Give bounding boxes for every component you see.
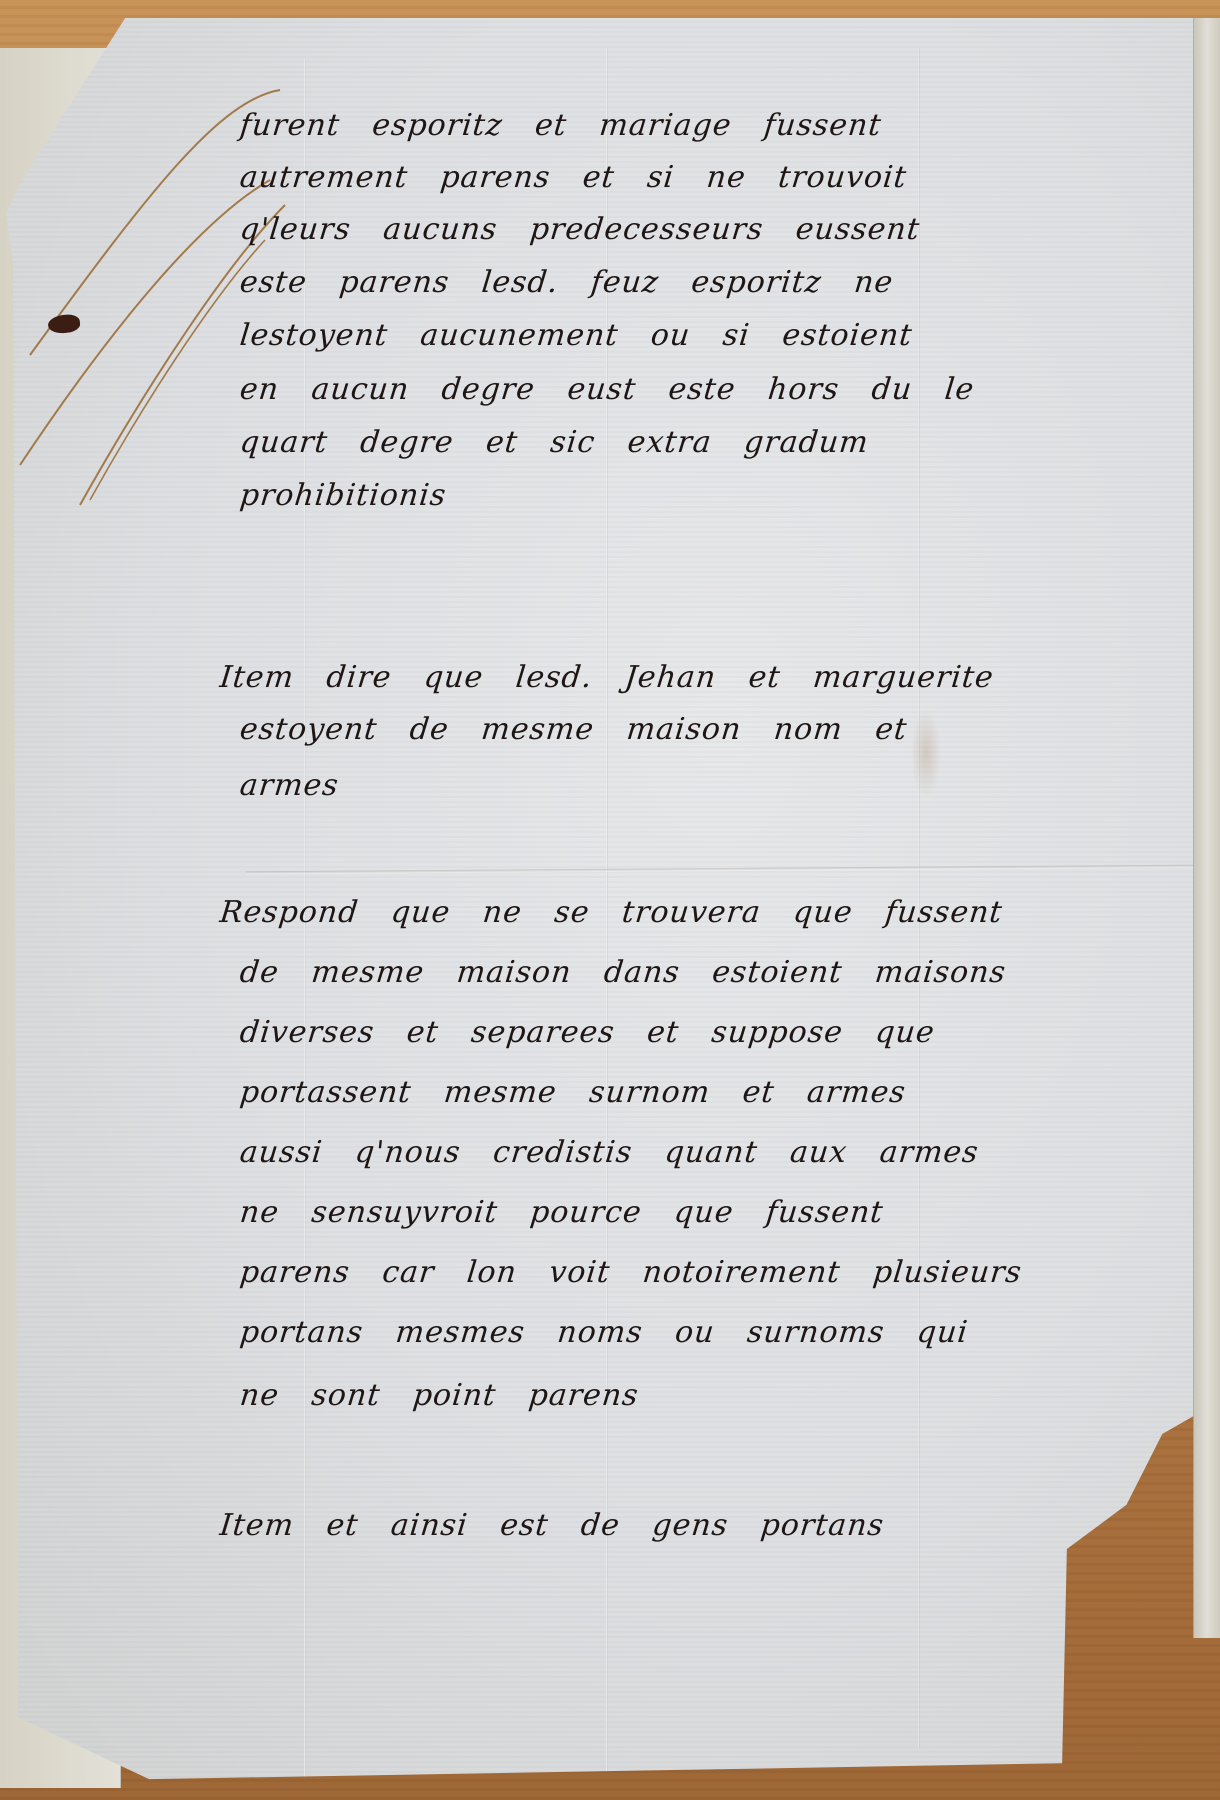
manuscript-line: ne sont point parens [238, 1378, 640, 1413]
paper-stain [911, 708, 941, 798]
fold-line [246, 865, 1196, 875]
manuscript-line: ne sensuyvroit pource que fussent [238, 1195, 885, 1230]
manuscript-line: este parens lesd. feuz esporitz ne [238, 265, 895, 300]
manuscript-line: armes [238, 768, 341, 803]
underlying-sheet-right [1193, 18, 1220, 1638]
manuscript-line: portans mesmes noms ou surnoms qui [238, 1315, 970, 1350]
manuscript-line: quart degre et sic extra gradum [238, 425, 870, 460]
manuscript-line: lestoyent aucunement ou si estoient [238, 318, 914, 353]
manuscript-line: en aucun degre eust este hors du le [238, 372, 976, 407]
manuscript-line: furent esporitz et mariage fussent [238, 108, 883, 143]
manuscript-line: de mesme maison dans estoient maisons [238, 955, 1008, 990]
manuscript-line: parens car lon voit notoirement plusieur… [238, 1255, 1024, 1290]
manuscript-line: q'leurs aucuns predecesseurs eussent [238, 212, 922, 247]
manuscript-line: diverses et separees et suppose que [238, 1015, 936, 1050]
manuscript-line: prohibitionis [238, 478, 448, 513]
manuscript-line: Item et ainsi est de gens portans [218, 1508, 886, 1543]
manuscript-line: autrement parens et si ne trouvoit [238, 160, 909, 195]
manuscript-line: Respond que ne se trouvera que fussent [218, 895, 1004, 930]
manuscript-line: Item dire que lesd. Jehan et marguerite [218, 660, 995, 695]
manuscript-line: estoyent de mesme maison nom et [238, 712, 909, 747]
manuscript-line: aussi q'nous credistis quant aux armes [238, 1135, 980, 1170]
manuscript-line: portassent mesme surnom et armes [238, 1075, 908, 1110]
